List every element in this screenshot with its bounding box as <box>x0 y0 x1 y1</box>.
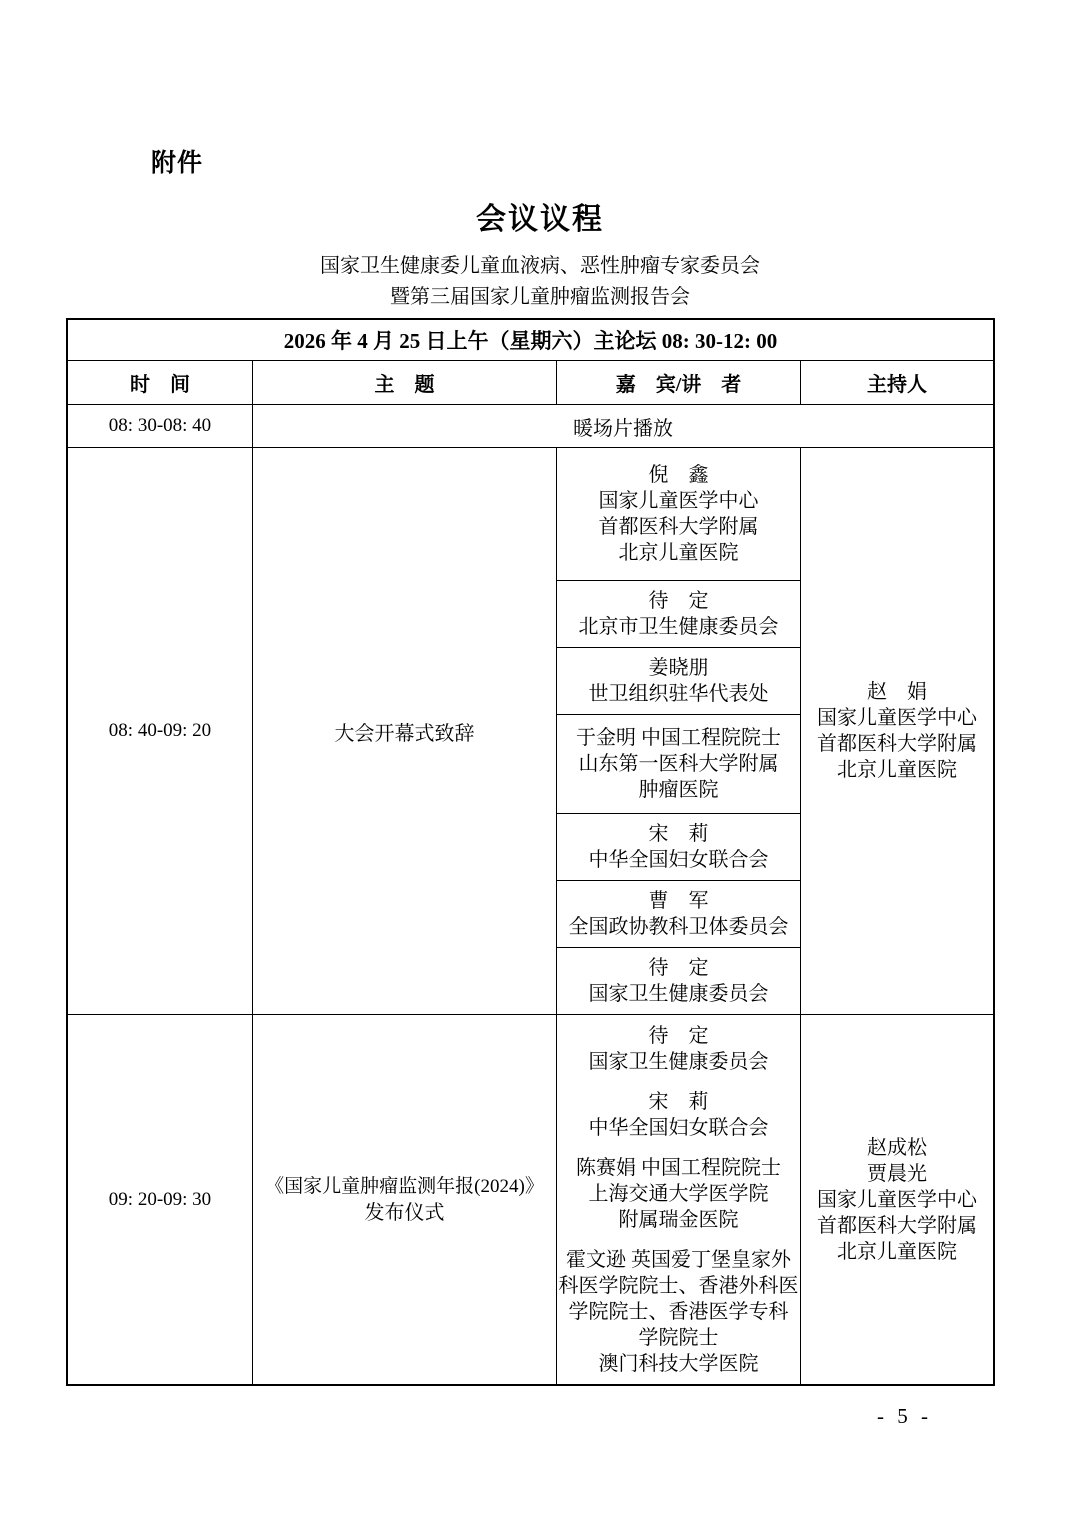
column-header-host: 主持人 <box>801 361 993 404</box>
text-line: 贾晨光 <box>867 1161 927 1187</box>
text-line: 宋 莉 <box>649 1089 709 1115</box>
speaker-cell: 倪 鑫国家儿童医学中心首都医科大学附属北京儿童医院 <box>557 448 800 581</box>
text-line: 全国政协教科卫体委员会 <box>569 914 789 940</box>
speaker-cell: 曹 军全国政协教科卫体委员会 <box>557 881 800 948</box>
text-line: 中华全国妇女联合会 <box>589 1115 769 1141</box>
speaker-cell: 待 定北京市卫生健康委员会 <box>557 581 800 648</box>
agenda-row-report-release: 09: 20-09: 30 《国家儿童肿瘤监测年报(2024)》发布仪式 待 定… <box>68 1015 993 1384</box>
speaker-cell: 宋 莉中华全国妇女联合会 <box>557 814 800 881</box>
host-cell: 赵 娟国家儿童医学中心首都医科大学附属北京儿童医院 <box>801 448 993 1014</box>
agenda-row-opening: 08: 40-09: 20 大会开幕式致辞 倪 鑫国家儿童医学中心首都医科大学附… <box>68 448 993 1015</box>
text-line: 《国家儿童肿瘤监测年报(2024)》 <box>265 1174 544 1200</box>
column-header-topic: 主 题 <box>253 361 557 404</box>
text-line: 国家卫生健康委员会 <box>589 981 769 1007</box>
text-line: 国家儿童医学中心 <box>817 1187 977 1213</box>
speaker-group: 宋 莉中华全国妇女联合会 <box>589 1089 769 1141</box>
topic-cell: 《国家儿童肿瘤监测年报(2024)》发布仪式 <box>253 1015 557 1384</box>
session-header: 2026 年 4 月 25 日上午（星期六）主论坛 08: 30-12: 00 <box>68 320 993 361</box>
topic-cell-merged: 暖场片播放 <box>253 405 993 447</box>
text-line: 上海交通大学医学院 <box>589 1181 769 1207</box>
document-title: 会议议程 <box>0 194 1080 238</box>
text-line: 赵 娟 <box>867 679 927 705</box>
document-page: 附件 会议议程 国家卫生健康委儿童血液病、恶性肿瘤专家委员会暨第三届国家儿童肿瘤… <box>0 0 1080 1528</box>
text-line: 中华全国妇女联合会 <box>589 847 769 873</box>
column-header-speaker: 嘉 宾/讲 者 <box>557 361 801 404</box>
speaker-group: 陈赛娟 中国工程院院士上海交通大学医学院附属瑞金医院 <box>576 1155 781 1233</box>
text-line: 国家卫生健康委儿童血液病、恶性肿瘤专家委员会 <box>0 251 1080 282</box>
text-line: 赵成松 <box>867 1135 927 1161</box>
speaker-cell: 待 定国家卫生健康委员会 <box>557 948 800 1014</box>
text-line: 首都医科大学附属 <box>599 514 759 540</box>
text-line: 附属瑞金医院 <box>619 1207 739 1233</box>
text-line: 霍文逊 英国爱丁堡皇家外 <box>566 1247 791 1273</box>
text-line: 陈赛娟 中国工程院院士 <box>576 1155 781 1181</box>
document-subtitle: 国家卫生健康委儿童血液病、恶性肿瘤专家委员会暨第三届国家儿童肿瘤监测报告会 <box>0 251 1080 313</box>
attachment-label: 附件 <box>151 143 203 179</box>
text-line: 科医学院院士、香港外科医 <box>559 1273 799 1299</box>
text-line: 北京儿童医院 <box>837 757 957 783</box>
text-line: 暨第三届国家儿童肿瘤监测报告会 <box>0 282 1080 313</box>
text-line: 首都医科大学附属 <box>817 1213 977 1239</box>
text-line: 北京儿童医院 <box>837 1239 957 1265</box>
text-line: 肿瘤医院 <box>639 777 719 803</box>
speaker-cell: 姜晓朋世卫组织驻华代表处 <box>557 648 800 715</box>
text-line: 澳门科技大学医院 <box>599 1351 759 1377</box>
text-line: 北京儿童医院 <box>619 540 739 566</box>
agenda-table: 2026 年 4 月 25 日上午（星期六）主论坛 08: 30-12: 00 … <box>66 318 995 1386</box>
speaker-group: 霍文逊 英国爱丁堡皇家外科医学院院士、香港外科医学院院士、香港医学专科学院院士澳… <box>559 1247 799 1377</box>
text-line: 宋 莉 <box>649 821 709 847</box>
text-line: 世卫组织驻华代表处 <box>589 681 769 707</box>
page-number: - 5 - <box>877 1404 932 1429</box>
text-line: 发布仪式 <box>365 1200 445 1226</box>
topic-cell: 大会开幕式致辞 <box>253 448 557 1014</box>
column-header-time: 时 间 <box>68 361 253 404</box>
text-line: 姜晓朋 <box>649 655 709 681</box>
text-line: 于金明 中国工程院院士 <box>576 725 781 751</box>
time-cell: 08: 30-08: 40 <box>68 405 253 447</box>
text-line: 北京市卫生健康委员会 <box>579 614 779 640</box>
text-line: 国家儿童医学中心 <box>817 705 977 731</box>
text-line: 倪 鑫 <box>649 462 709 488</box>
text-line: 待 定 <box>649 588 709 614</box>
text-line: 待 定 <box>649 955 709 981</box>
speaker-cell: 于金明 中国工程院院士山东第一医科大学附属肿瘤医院 <box>557 715 800 815</box>
text-line: 首都医科大学附属 <box>817 731 977 757</box>
text-line: 山东第一医科大学附属 <box>579 751 779 777</box>
text-line: 待 定 <box>649 1023 709 1049</box>
agenda-row-warmup: 08: 30-08: 40 暖场片播放 <box>68 405 993 448</box>
column-header-row: 时 间 主 题 嘉 宾/讲 者 主持人 <box>68 361 993 405</box>
speaker-column: 待 定国家卫生健康委员会 宋 莉中华全国妇女联合会 陈赛娟 中国工程院院士上海交… <box>557 1015 801 1384</box>
text-line: 曹 军 <box>649 888 709 914</box>
text-line: 国家卫生健康委员会 <box>589 1049 769 1075</box>
text-line: 学院院士 <box>639 1325 719 1351</box>
text-line: 学院院士、香港医学专科 <box>569 1299 789 1325</box>
text-line: 国家儿童医学中心 <box>599 488 759 514</box>
time-cell: 09: 20-09: 30 <box>68 1015 253 1384</box>
host-cell: 赵成松贾晨光国家儿童医学中心首都医科大学附属北京儿童医院 <box>801 1015 993 1384</box>
speaker-group: 待 定国家卫生健康委员会 <box>589 1023 769 1075</box>
time-cell: 08: 40-09: 20 <box>68 448 253 1014</box>
speaker-column: 倪 鑫国家儿童医学中心首都医科大学附属北京儿童医院 待 定北京市卫生健康委员会 … <box>557 448 801 1014</box>
